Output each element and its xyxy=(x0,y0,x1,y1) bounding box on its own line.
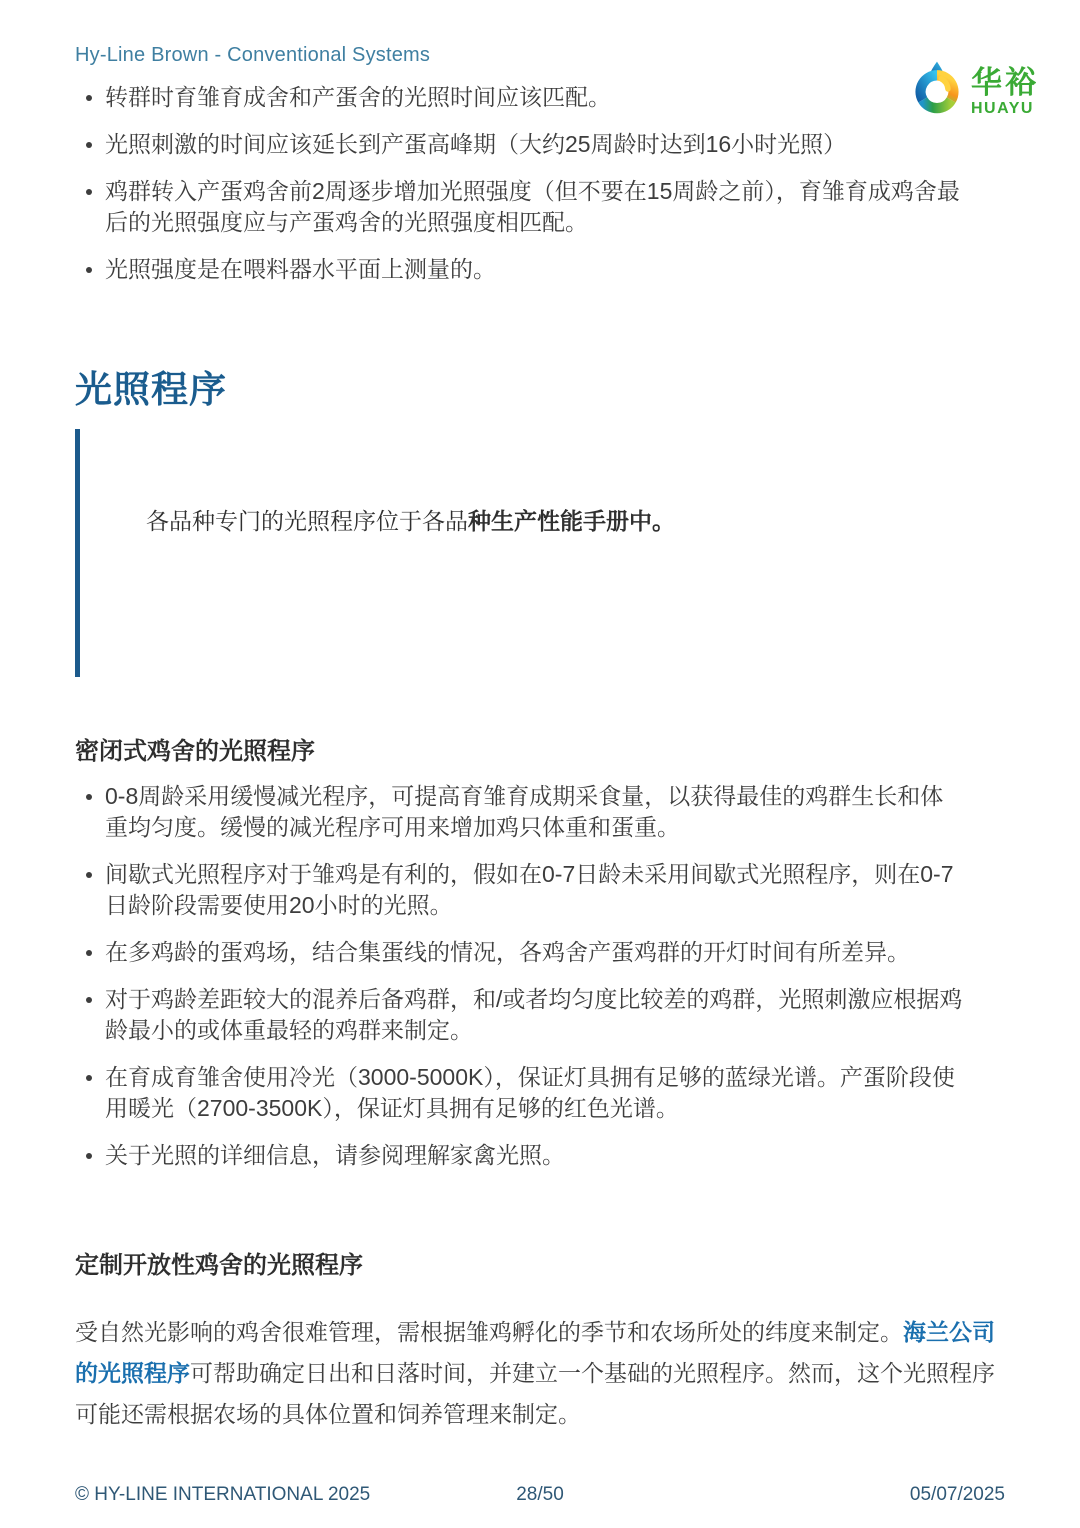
callout-text: 各品种专门的光照程序位于各品种生产性能手册中。 xyxy=(146,505,1005,537)
list-item: 光照刺激的时间应该延长到产蛋高峰期（大约25周龄时达到16小时光照） xyxy=(75,129,965,160)
callout-text-normal: 各品种专门的光照程序位于各品 xyxy=(146,508,468,534)
page-footer: © HY-LINE INTERNATIONAL 2025 28/50 05/07… xyxy=(75,1484,1005,1506)
list-item: 间歇式光照程序对于雏鸡是有利的，假如在0-7日龄未采用间歇式光照程序，则在0-7… xyxy=(75,859,965,921)
subheading-open-house: 定制开放性鸡舍的光照程序 xyxy=(75,1245,1005,1280)
section-title-lighting-program: 光照程序 xyxy=(75,359,1005,413)
list-item: 关于光照的详细信息，请参阅理解家禽光照。 xyxy=(75,1140,965,1171)
list-item: 0-8周龄采用缓慢减光程序，可提高育雏育成期采食量，以获得最佳的鸡群生长和体重均… xyxy=(75,781,965,843)
footer-copyright: © HY-LINE INTERNATIONAL 2025 xyxy=(75,1484,385,1506)
open-house-paragraph: 受自然光影响的鸡舍很难管理，需根据雏鸡孵化的季节和农场所处的纬度来制定。海兰公司… xyxy=(75,1312,1005,1435)
callout-block: 各品种专门的光照程序位于各品种生产性能手册中。 xyxy=(75,429,1005,677)
huayu-logo-en: HUAYU xyxy=(971,101,1039,117)
open-house-text-after: 可帮助确定日出和日落时间，并建立一个基础的光照程序。然而，这个光照程序可能还需根… xyxy=(75,1360,995,1427)
closed-house-bullet-list: 0-8周龄采用缓慢减光程序，可提高育雏育成期采食量，以获得最佳的鸡群生长和体重均… xyxy=(75,781,1005,1171)
footer-date: 05/07/2025 xyxy=(695,1484,1005,1506)
list-item: 鸡群转入产蛋鸡舍前2周逐步增加光照强度（但不要在15周龄之前），育雏育成鸡舍最后… xyxy=(75,176,965,238)
huayu-logo-cn: 华裕 xyxy=(971,67,1039,98)
open-house-text-before: 受自然光影响的鸡舍很难管理，需根据雏鸡孵化的季节和农场所处的纬度来制定。 xyxy=(75,1319,903,1345)
intro-bullet-list: 转群时育雏育成舍和产蛋舍的光照时间应该匹配。 光照刺激的时间应该延长到产蛋高峰期… xyxy=(75,82,1005,285)
subheading-closed-house: 密闭式鸡舍的光照程序 xyxy=(75,731,1005,766)
list-item: 转群时育雏育成舍和产蛋舍的光照时间应该匹配。 xyxy=(75,82,965,113)
huayu-logo-text: 华裕 HUAYU xyxy=(971,67,1039,117)
list-item: 在育成育雏舍使用冷光（3000-5000K），保证灯具拥有足够的蓝绿光谱。产蛋阶… xyxy=(75,1062,965,1124)
list-item: 在多鸡龄的蛋鸡场，结合集蛋线的情况，各鸡舍产蛋鸡群的开灯时间有所差异。 xyxy=(75,937,965,968)
page-header: Hy-Line Brown - Conventional Systems xyxy=(75,44,1005,67)
document-header-title: Hy-Line Brown - Conventional Systems xyxy=(75,44,1005,67)
list-item: 对于鸡龄差距较大的混养后备鸡群，和/或者均匀度比较差的鸡群，光照刺激应根据鸡龄最… xyxy=(75,984,965,1046)
document-page: Hy-Line Brown - Conventional Systems xyxy=(0,0,1080,1528)
footer-page-number: 28/50 xyxy=(385,1484,695,1506)
list-item: 光照强度是在喂料器水平面上测量的。 xyxy=(75,254,965,285)
callout-text-bold: 种生产性能手册中。 xyxy=(468,508,675,534)
